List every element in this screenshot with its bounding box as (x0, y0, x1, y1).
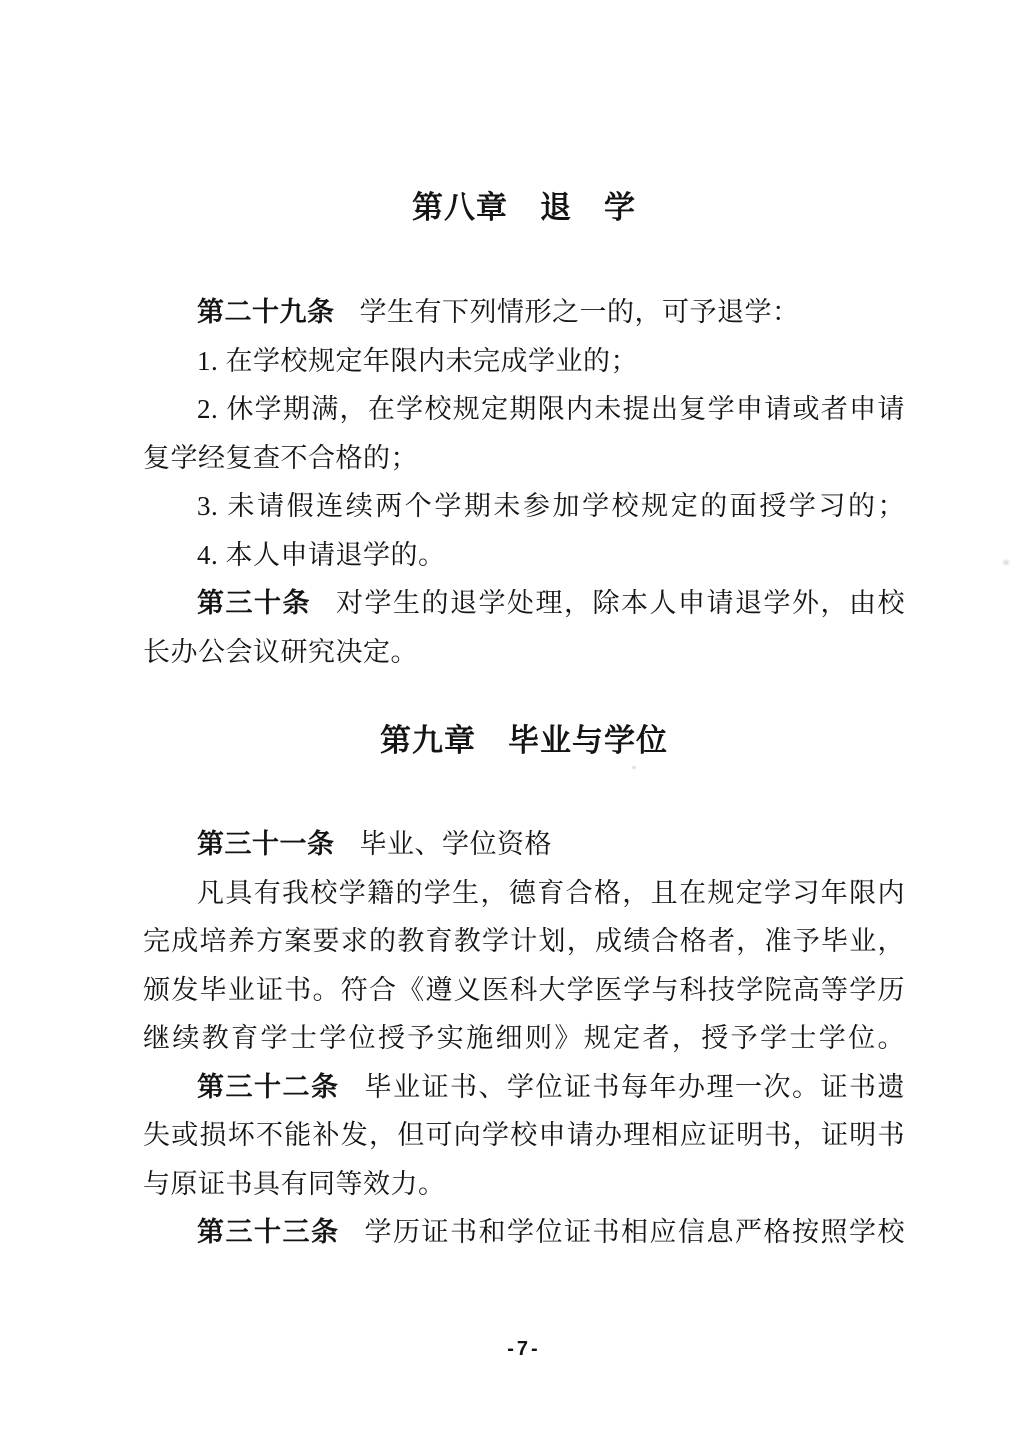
chapter-9-heading: 第九章 毕业与学位 (143, 723, 905, 759)
article-31-text: 毕业、学位资格 (360, 829, 553, 859)
chapter-8-heading: 第八章 退 学 (143, 190, 905, 226)
article-33-text: 学历证书和学位证书相应信息严格按照学校 (365, 1217, 906, 1247)
article-31-line: 第三十一条毕业、学位资格 (143, 820, 905, 869)
article-31-para-line-4: 继续教育学士学位授予实施细则》规定者，授予学士学位。 (143, 1014, 905, 1063)
item-3-line: 3. 未请假连续两个学期未参加学校规定的面授学习的； (143, 482, 905, 531)
article-31-para-line-1: 凡具有我校学籍的学生，德育合格，且在规定学习年限内 (143, 869, 905, 918)
article-29-line: 第二十九条学生有下列情形之一的，可予退学： (143, 288, 905, 337)
article-32-number: 第三十二条 (197, 1072, 340, 1102)
document-page: 第八章 退 学 第二十九条学生有下列情形之一的，可予退学： 1. 在学校规定年限… (0, 0, 1024, 1447)
article-32-text: 毕业证书、学位证书每年办理一次。证书遗 (365, 1072, 906, 1102)
article-31-para-line-2: 完成培养方案要求的教育教学计划，成绩合格者，准予毕业， (143, 917, 905, 966)
article-32-line-1: 第三十二条毕业证书、学位证书每年办理一次。证书遗 (143, 1063, 905, 1112)
item-2-line-2: 复学经复查不合格的； (143, 434, 905, 483)
article-33-line: 第三十三条学历证书和学位证书相应信息严格按照学校 (143, 1208, 905, 1257)
article-29-number: 第二十九条 (197, 297, 335, 327)
article-31-number: 第三十一条 (197, 829, 335, 859)
article-30-number: 第三十条 (197, 588, 311, 618)
item-4-line: 4. 本人申请退学的。 (143, 531, 905, 580)
article-32-line-3: 与原证书具有同等效力。 (143, 1160, 905, 1209)
article-29-text: 学生有下列情形之一的，可予退学： (360, 297, 800, 327)
page-number: -7- (143, 1337, 905, 1361)
article-30-line-1: 第三十条对学生的退学处理，除本人申请退学外，由校 (143, 579, 905, 628)
article-33-number: 第三十三条 (197, 1217, 340, 1247)
scan-artifact-speck (1003, 560, 1009, 565)
item-1-line: 1. 在学校规定年限内未完成学业的； (143, 337, 905, 386)
text-column: 第八章 退 学 第二十九条学生有下列情形之一的，可予退学： 1. 在学校规定年限… (143, 0, 905, 1361)
scan-artifact-speck (632, 766, 636, 769)
article-30-line-2: 长办公会议研究决定。 (143, 628, 905, 677)
item-2-line-1: 2. 休学期满，在学校规定期限内未提出复学申请或者申请 (143, 385, 905, 434)
article-30-text: 对学生的退学处理，除本人申请退学外，由校 (336, 588, 905, 618)
article-31-para-line-3: 颁发毕业证书。符合《遵义医科大学医学与科技学院高等学历 (143, 966, 905, 1015)
article-32-line-2: 失或损坏不能补发，但可向学校申请办理相应证明书，证明书 (143, 1111, 905, 1160)
